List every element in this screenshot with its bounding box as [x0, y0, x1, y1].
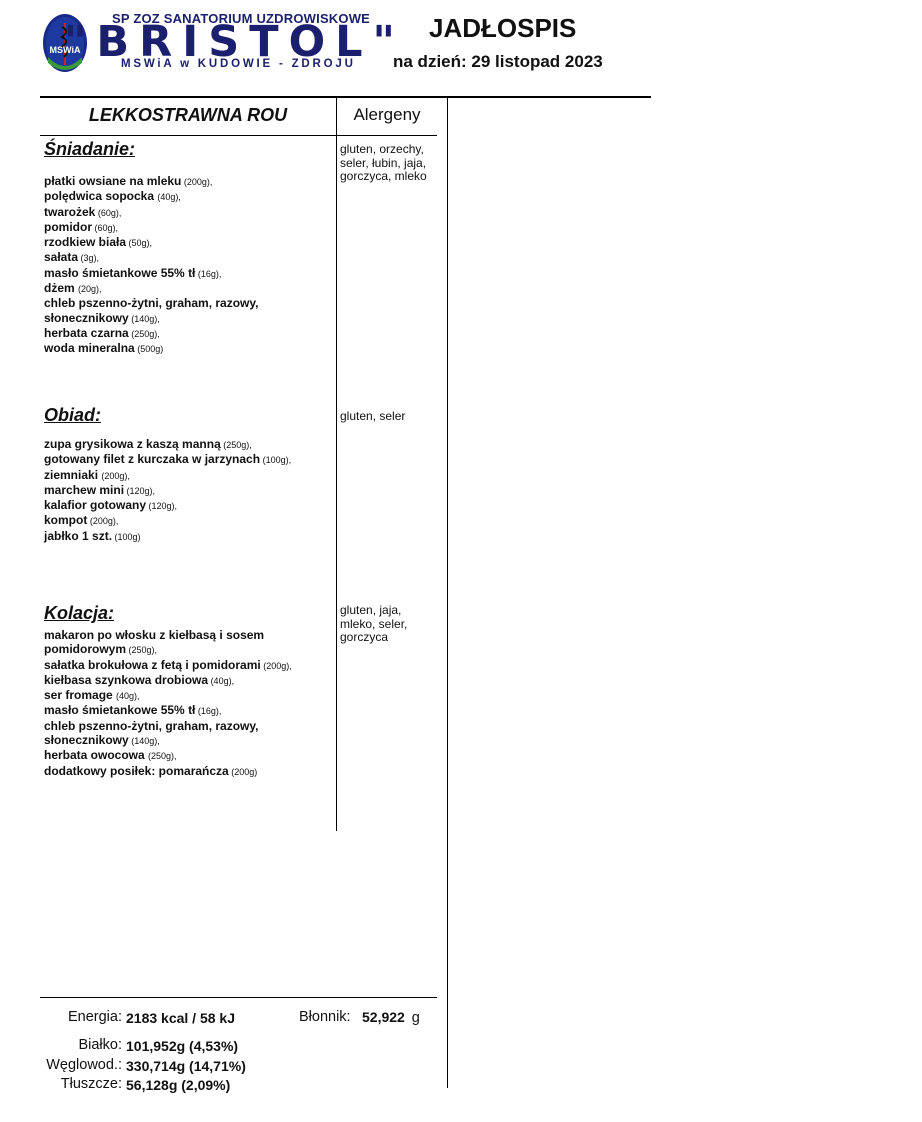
menu-item-quantity: (250g),	[221, 440, 252, 450]
logo-subtitle-bottom: MSWiA w KUDOWIE - ZDROJU	[121, 58, 356, 70]
menu-item: ziemniaki (200g),	[44, 468, 291, 483]
menu-item-name: słonecznikowy	[44, 311, 129, 325]
fiber-label: Błonnik:	[299, 1009, 351, 1025]
allergen-line: gluten, seler	[340, 410, 440, 424]
menu-item: zupa grysikowa z kaszą manną (250g),	[44, 437, 291, 452]
menu-item: słonecznikowy (140g),	[44, 733, 292, 748]
menu-item-name: herbata owocowa	[44, 748, 148, 762]
menu-item: sałatka brokułowa z fetą i pomidorami (2…	[44, 658, 292, 673]
menu-item: kalafior gotowany (120g),	[44, 498, 291, 513]
menu-item-name: ser fromage	[44, 688, 116, 702]
menu-item-name: kompot	[44, 513, 87, 527]
menu-item-name: pomidorowym	[44, 642, 126, 656]
column-divider	[336, 98, 337, 831]
menu-item-name: dodatkowy posiłek: pomarańcza	[44, 764, 229, 778]
menu-item-name: kalafior gotowany	[44, 498, 146, 512]
menu-item-quantity: (16g),	[195, 706, 221, 716]
menu-item-quantity: (250g),	[126, 645, 157, 655]
right-border	[447, 98, 448, 1088]
menu-item-quantity: (50g),	[126, 238, 152, 248]
menu-item-name: woda mineralna	[44, 341, 135, 355]
menu-item: ser fromage (40g),	[44, 688, 292, 703]
fat-label: Tłuszcze:	[2, 1076, 122, 1092]
menu-item-name: masło śmietankowe 55% tł	[44, 703, 195, 717]
menu-item-quantity: (40g),	[116, 691, 140, 701]
menu-item-quantity: (60g),	[95, 208, 121, 218]
menu-item: dodatkowy posiłek: pomarańcza (200g)	[44, 764, 292, 779]
menu-item: polędwica sopocka (40g),	[44, 189, 258, 204]
menu-item-name: herbata czarna	[44, 326, 129, 340]
menu-item-name: rzodkiew biała	[44, 235, 126, 249]
meal-items-lunch: zupa grysikowa z kaszą manną (250g),goto…	[44, 437, 291, 544]
allergens-dinner: gluten, jaja,mleko, seler,gorczyca	[340, 604, 440, 645]
allergen-line: seler, łubin, jaja,	[340, 157, 440, 171]
menu-item-quantity: (250g),	[129, 329, 160, 339]
menu-item-name: słonecznikowy	[44, 733, 129, 747]
footer-divider	[40, 997, 437, 998]
energy-label: Energia:	[2, 1009, 122, 1025]
menu-item-name: pomidor	[44, 220, 92, 234]
menu-item-quantity: (200g)	[229, 767, 258, 777]
menu-item-quantity: (200g),	[101, 471, 130, 481]
menu-item-name: zupa grysikowa z kaszą manną	[44, 437, 221, 451]
menu-item-name: dżem	[44, 281, 78, 295]
menu-item: pomidor (60g),	[44, 220, 258, 235]
header-divider	[40, 135, 437, 136]
menu-item-name: płatki owsiane na mleku	[44, 174, 181, 188]
menu-item-name: sałatka brokułowa z fetą i pomidorami	[44, 658, 261, 672]
menu-item: chleb pszenno-żytni, graham, razowy,	[44, 296, 258, 310]
menu-item-name: gotowany filet z kurczaka w jarzynach	[44, 452, 260, 466]
menu-item-quantity: (200g),	[87, 516, 118, 526]
fiber-value: 52,922 g	[362, 1009, 420, 1026]
allergen-line: gluten, jaja,	[340, 604, 440, 618]
menu-item-quantity: (3g),	[78, 253, 99, 263]
carbs-label: Węglowod.:	[2, 1057, 122, 1073]
protein-value: 101,952g (4,53%)	[126, 1038, 238, 1054]
allergens-breakfast: gluten, orzechy,seler, łubin, jaja,gorcz…	[340, 143, 440, 184]
energy-value: 2183 kcal / 58 kJ	[126, 1010, 235, 1026]
menu-item: rzodkiew biała (50g),	[44, 235, 258, 250]
allergen-line: gorczyca	[340, 631, 440, 645]
menu-item-quantity: (40g),	[208, 676, 234, 686]
menu-item: twarożek (60g),	[44, 205, 258, 220]
menu-item-name: sałata	[44, 250, 78, 264]
protein-label: Białko:	[2, 1037, 122, 1053]
diet-header: LEKKOSTRAWNA ROU	[40, 105, 336, 126]
meal-items-dinner: makaron po włosku z kiełbasą i sosempomi…	[44, 628, 292, 779]
menu-item-name: kiełbasa szynkowa drobiowa	[44, 673, 208, 687]
menu-item: słonecznikowy (140g),	[44, 311, 258, 326]
carbs-value: 330,714g (14,71%)	[126, 1058, 246, 1074]
menu-item-name: marchew mini	[44, 483, 124, 497]
meal-items-breakfast: płatki owsiane na mleku (200g),polędwica…	[44, 174, 258, 357]
menu-item: makaron po włosku z kiełbasą i sosem	[44, 628, 292, 642]
top-divider	[40, 96, 651, 98]
allergens-header: Alergeny	[337, 105, 437, 125]
fiber-amount: 52,922	[362, 1009, 405, 1025]
allergen-line: gorczyca, mleko	[340, 170, 440, 184]
menu-item: płatki owsiane na mleku (200g),	[44, 174, 258, 189]
menu-item-quantity: (60g),	[92, 223, 118, 233]
menu-item: marchew mini (120g),	[44, 483, 291, 498]
menu-item: gotowany filet z kurczaka w jarzynach (1…	[44, 452, 291, 467]
fat-value: 56,128g (2,09%)	[126, 1077, 230, 1093]
menu-item: dżem (20g),	[44, 281, 258, 296]
meal-heading-breakfast: Śniadanie:	[44, 139, 135, 160]
menu-item: woda mineralna (500g)	[44, 341, 258, 356]
menu-item-name: chleb pszenno-żytni, graham, razowy,	[44, 719, 258, 733]
menu-item-quantity: (100g),	[260, 455, 291, 465]
fiber-unit: g	[412, 1010, 420, 1026]
menu-item-quantity: (200g),	[261, 661, 292, 671]
menu-item-name: twarożek	[44, 205, 95, 219]
menu-item-name: jabłko 1 szt.	[44, 529, 112, 543]
menu-item: herbata czarna (250g),	[44, 326, 258, 341]
menu-item: masło śmietankowe 55% tł (16g),	[44, 266, 258, 281]
menu-item-quantity: (20g),	[78, 284, 102, 294]
menu-item-quantity: (16g),	[195, 269, 221, 279]
menu-item: pomidorowym (250g),	[44, 642, 292, 657]
menu-item: masło śmietankowe 55% tł (16g),	[44, 703, 292, 718]
menu-item: jabłko 1 szt. (100g)	[44, 529, 291, 544]
page-title: JADŁOSPIS	[429, 13, 576, 44]
menu-item-name: makaron po włosku z kiełbasą i sosem	[44, 628, 264, 642]
menu-item: chleb pszenno-żytni, graham, razowy,	[44, 719, 292, 733]
menu-item-quantity: (100g)	[112, 532, 141, 542]
menu-date: na dzień: 29 listopad 2023	[393, 52, 603, 72]
menu-item-quantity: (120g),	[124, 486, 155, 496]
allergens-lunch: gluten, seler	[340, 410, 440, 424]
menu-item-quantity: (250g),	[148, 751, 177, 761]
meal-heading-lunch: Obiad:	[44, 405, 101, 426]
menu-item-quantity: (40g),	[157, 192, 181, 202]
menu-item-name: polędwica sopocka	[44, 189, 157, 203]
menu-item-quantity: (140g),	[129, 736, 160, 746]
allergen-line: mleko, seler,	[340, 618, 440, 632]
menu-item: herbata owocowa (250g),	[44, 748, 292, 763]
meal-heading-dinner: Kolacja:	[44, 603, 114, 624]
menu-item-quantity: (120g),	[146, 501, 177, 511]
menu-item-quantity: (200g),	[181, 177, 212, 187]
menu-item-quantity: (500g)	[135, 344, 164, 354]
menu-item-name: ziemniaki	[44, 468, 101, 482]
menu-item-quantity: (140g),	[129, 314, 160, 324]
menu-item: kompot (200g),	[44, 513, 291, 528]
menu-item: kiełbasa szynkowa drobiowa (40g),	[44, 673, 292, 688]
allergen-line: gluten, orzechy,	[340, 143, 440, 157]
menu-item-name: chleb pszenno-żytni, graham, razowy,	[44, 296, 258, 310]
menu-item: sałata (3g),	[44, 250, 258, 265]
menu-item-name: masło śmietankowe 55% tł	[44, 266, 195, 280]
